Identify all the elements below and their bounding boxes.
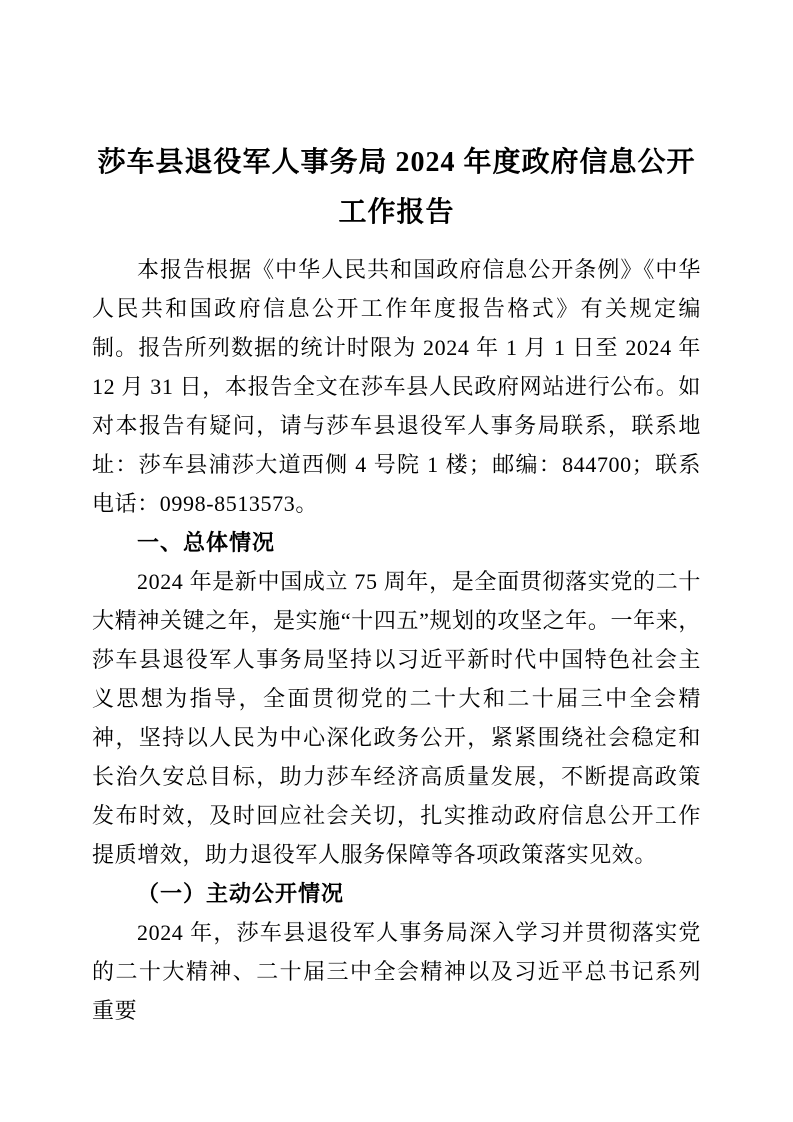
section-1-paragraph: 2024 年是新中国成立 75 周年，是全面贯彻落实党的二十大精神关键之年，是实… xyxy=(92,562,701,874)
subsection-1-1-heading: （一）主动公开情况 xyxy=(92,874,701,913)
section-1-heading: 一、总体情况 xyxy=(92,523,701,562)
intro-paragraph: 本报告根据《中华人民共和国政府信息公开条例》《中华人民共和国政府信息公开工作年度… xyxy=(92,250,701,523)
subsection-1-1-paragraph: 2024 年，莎车县退役军人事务局深入学习并贯彻落实党的二十大精神、二十届三中全… xyxy=(92,913,701,1030)
document-page: 莎车县退役军人事务局 2024 年度政府信息公开 工作报告 本报告根据《中华人民… xyxy=(0,0,793,1122)
document-title: 莎车县退役军人事务局 2024 年度政府信息公开 工作报告 xyxy=(92,138,701,238)
document-title-line-1: 莎车县退役军人事务局 2024 年度政府信息公开 xyxy=(92,138,701,188)
document-title-line-2: 工作报告 xyxy=(92,188,701,238)
